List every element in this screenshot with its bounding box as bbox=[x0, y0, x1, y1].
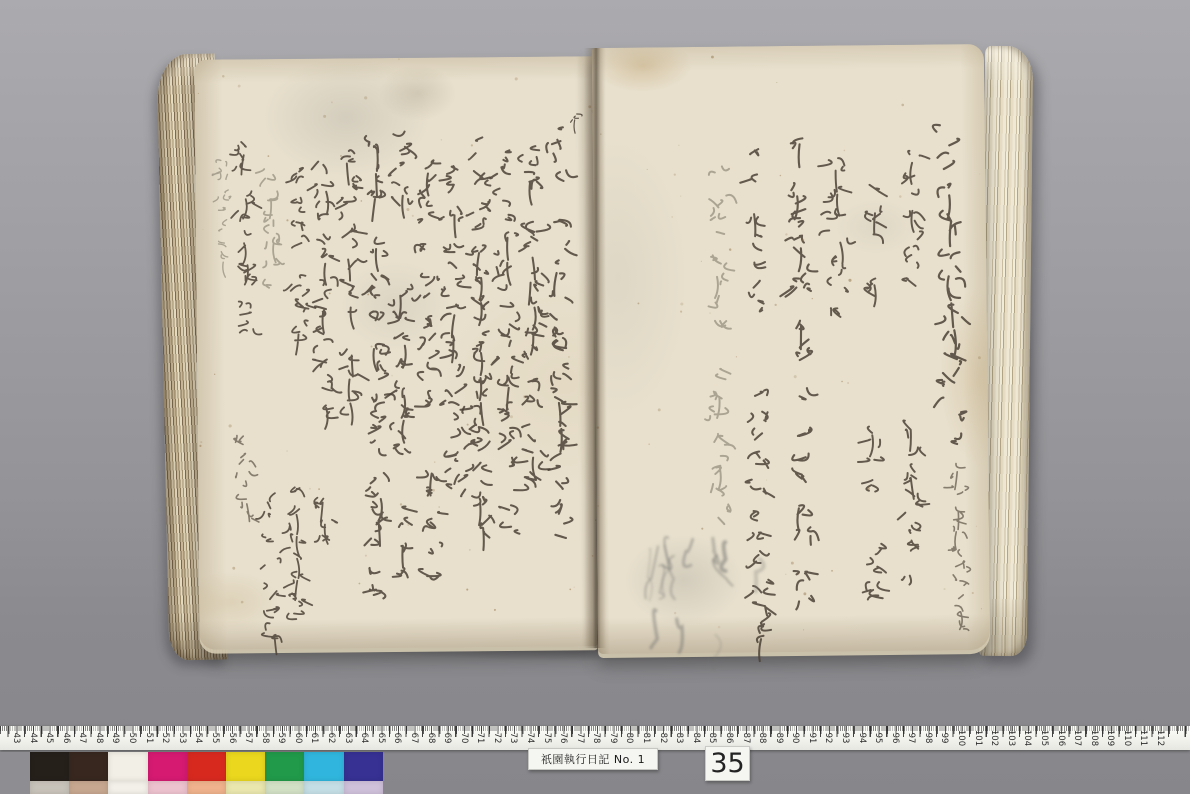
ruler-number: 56 bbox=[227, 729, 237, 747]
foxing-speck bbox=[637, 302, 639, 304]
manuscript-column bbox=[858, 426, 890, 599]
right-page-handwriting bbox=[592, 44, 990, 654]
manuscript-left-page bbox=[194, 56, 597, 649]
ruler-number: 92 bbox=[823, 729, 833, 747]
ruler-number: 98 bbox=[923, 729, 933, 747]
ruler-number: 105 bbox=[1039, 729, 1049, 747]
ruler-number: 44 bbox=[28, 729, 38, 747]
ruler-number: 59 bbox=[276, 729, 286, 747]
foxing-speck bbox=[494, 609, 496, 611]
ruler-number: 63 bbox=[343, 729, 353, 747]
ruler-number: 85 bbox=[707, 729, 717, 747]
foxing-speck bbox=[899, 195, 902, 198]
foxing-speck bbox=[367, 293, 369, 295]
ruler-number: 94 bbox=[857, 729, 867, 747]
ruler-number: 49 bbox=[110, 729, 120, 747]
manuscript-column bbox=[230, 142, 263, 335]
calibration-gray-patch bbox=[0, 752, 30, 794]
foxing-speck bbox=[831, 570, 833, 572]
manuscript-column bbox=[212, 160, 231, 278]
ruler-number: 80 bbox=[624, 729, 634, 747]
ruler-number: 96 bbox=[890, 729, 900, 747]
foxing-speck bbox=[709, 312, 711, 314]
calibration-ruler: 4344454647484950515253545556575859606162… bbox=[0, 726, 1190, 750]
ruler-number: 57 bbox=[243, 729, 253, 747]
ruler-number: 60 bbox=[293, 729, 303, 747]
manuscript-column bbox=[335, 150, 369, 425]
foxing-speck bbox=[729, 248, 732, 251]
foxing-speck bbox=[286, 450, 287, 451]
foxing-speck bbox=[574, 587, 575, 588]
foxing-speck bbox=[841, 381, 842, 382]
ruler-number: 108 bbox=[1089, 729, 1099, 747]
manuscript-column bbox=[458, 137, 494, 550]
foxing-speck bbox=[361, 200, 363, 202]
ruler-number: 112 bbox=[1155, 729, 1165, 747]
ruler-number: 70 bbox=[459, 729, 469, 747]
foxing-speck bbox=[785, 233, 788, 236]
color-patch bbox=[69, 781, 108, 794]
foxing-speck bbox=[510, 415, 513, 418]
ruler-number: 66 bbox=[392, 729, 402, 747]
ruler-number: 109 bbox=[1105, 729, 1115, 747]
manuscript-column bbox=[383, 132, 420, 578]
color-patch bbox=[187, 781, 226, 794]
foxing-speck bbox=[568, 356, 570, 358]
ruler-number: 68 bbox=[426, 729, 436, 747]
foxing-speck bbox=[412, 215, 414, 217]
ruler-number: 43 bbox=[11, 729, 21, 747]
foxing-speck bbox=[286, 219, 288, 221]
foxing-speck bbox=[680, 196, 681, 197]
foxing-speck bbox=[214, 374, 215, 375]
ruler-number: 86 bbox=[724, 729, 734, 747]
ruler-number: 102 bbox=[989, 729, 999, 747]
manuscript-column bbox=[359, 136, 396, 599]
color-patch bbox=[344, 752, 383, 781]
foxing-speck bbox=[678, 145, 679, 146]
color-patch bbox=[69, 752, 108, 781]
ruler-number: 88 bbox=[757, 729, 767, 747]
ruler-number: 52 bbox=[160, 729, 170, 747]
ruler-number: 84 bbox=[691, 729, 701, 747]
ruler-number: 45 bbox=[44, 729, 54, 747]
ruler-number: 107 bbox=[1072, 729, 1082, 747]
foxing-speck bbox=[391, 375, 393, 377]
page-number-label: 35 bbox=[710, 750, 744, 777]
foxing-speck bbox=[803, 592, 806, 595]
ruler-number: 87 bbox=[741, 729, 751, 747]
foxing-speck bbox=[791, 562, 794, 565]
ruler-number: 76 bbox=[558, 729, 568, 747]
foxing-speck bbox=[359, 583, 361, 585]
foxing-speck bbox=[785, 574, 786, 575]
ruler-number: 67 bbox=[409, 729, 419, 747]
foxing-speck bbox=[434, 462, 435, 463]
ruler-number: 48 bbox=[94, 729, 104, 747]
ruler-number: 81 bbox=[641, 729, 651, 747]
foxing-speck bbox=[438, 506, 439, 507]
foxing-speck bbox=[203, 229, 204, 230]
ruler-number: 82 bbox=[658, 729, 668, 747]
ruler-number: 79 bbox=[608, 729, 618, 747]
manuscript-column bbox=[511, 146, 551, 490]
foxing-speck bbox=[471, 144, 473, 146]
ruler-number: 103 bbox=[1006, 729, 1016, 747]
foxing-speck bbox=[901, 104, 904, 107]
foxing-speck bbox=[241, 601, 244, 604]
color-patch bbox=[148, 781, 187, 794]
foxing-speck bbox=[674, 173, 676, 175]
foxing-speck bbox=[432, 489, 435, 492]
foxing-speck bbox=[198, 93, 199, 94]
manuscript-column bbox=[944, 463, 971, 630]
foxing-speck bbox=[232, 567, 235, 570]
ruler-number: 64 bbox=[359, 729, 369, 747]
manuscript-column bbox=[779, 138, 821, 609]
foxing-speck bbox=[843, 150, 845, 152]
ruler-number: 104 bbox=[1022, 729, 1032, 747]
foxing-speck bbox=[774, 304, 776, 306]
foxing-speck bbox=[979, 173, 980, 174]
manuscript-column bbox=[490, 150, 528, 534]
foxing-speck bbox=[340, 155, 342, 157]
foxing-speck bbox=[848, 279, 851, 282]
manuscript-column bbox=[314, 498, 337, 544]
foxing-speck bbox=[318, 488, 320, 490]
foxing-speck bbox=[371, 345, 373, 347]
foxing-speck bbox=[711, 56, 714, 59]
foxing-speck bbox=[972, 592, 974, 594]
foxing-speck bbox=[364, 96, 367, 99]
ruler-number: 77 bbox=[575, 729, 585, 747]
manuscript-column bbox=[702, 166, 739, 524]
foxing-speck bbox=[365, 555, 367, 557]
foxing-speck bbox=[647, 169, 648, 170]
color-patch bbox=[108, 781, 147, 794]
color-patch bbox=[304, 781, 343, 794]
left-page-handwriting bbox=[194, 56, 597, 649]
foxing-speck bbox=[398, 58, 400, 60]
foxing-speck bbox=[674, 612, 676, 614]
color-patch bbox=[226, 752, 265, 781]
ruler-number: 74 bbox=[525, 729, 535, 747]
ruler-number: 89 bbox=[774, 729, 784, 747]
foxing-speck bbox=[331, 101, 333, 103]
manuscript-column bbox=[931, 125, 971, 445]
foxing-speck bbox=[776, 82, 777, 83]
manuscript-column bbox=[307, 161, 341, 429]
foxing-speck bbox=[229, 424, 232, 427]
archival-photo-backdrop: { "scene": { "background_color": "#97979… bbox=[0, 0, 1190, 794]
ruler-number: 65 bbox=[376, 729, 386, 747]
ink-smudge bbox=[645, 536, 765, 671]
color-patch bbox=[30, 781, 69, 794]
manuscript-right-page bbox=[592, 44, 990, 654]
color-patch bbox=[344, 781, 383, 794]
manuscript-column bbox=[283, 168, 316, 355]
foxing-speck bbox=[680, 303, 683, 306]
ruler-number: 50 bbox=[127, 729, 137, 747]
foxing-speck bbox=[200, 441, 202, 443]
foxing-speck bbox=[329, 292, 331, 294]
manuscript-column bbox=[411, 160, 448, 579]
color-patch bbox=[226, 781, 265, 794]
color-patch bbox=[265, 752, 304, 781]
foxing-speck bbox=[469, 549, 471, 551]
manuscript-column bbox=[863, 185, 888, 307]
ruler-number: 71 bbox=[475, 729, 485, 747]
ruler-number: 111 bbox=[1138, 729, 1148, 747]
title-card: 祇園執行日記 No. 1 bbox=[528, 748, 658, 770]
foxing-speck bbox=[467, 424, 469, 426]
manuscript-column bbox=[256, 493, 286, 654]
color-patch bbox=[30, 752, 69, 781]
foxing-speck bbox=[466, 589, 468, 591]
foxing-speck bbox=[794, 375, 797, 378]
foxing-speck bbox=[478, 299, 480, 301]
foxing-speck bbox=[701, 261, 702, 262]
ruler-number: 69 bbox=[442, 729, 452, 747]
foxing-speck bbox=[267, 155, 269, 157]
ruler-number: 54 bbox=[193, 729, 203, 747]
foxing-speck bbox=[199, 445, 201, 447]
foxing-speck bbox=[736, 356, 737, 357]
foxing-speck bbox=[523, 395, 526, 398]
ruler-number: 78 bbox=[591, 729, 601, 747]
foxing-speck bbox=[847, 382, 849, 384]
foxing-speck bbox=[803, 629, 804, 630]
foxing-speck bbox=[648, 443, 650, 445]
manuscript-column bbox=[256, 169, 284, 288]
foxing-speck bbox=[976, 526, 977, 527]
foxing-speck bbox=[407, 524, 409, 526]
color-patch bbox=[148, 752, 187, 781]
ruler-number: 46 bbox=[61, 729, 71, 747]
foxing-speck bbox=[222, 75, 225, 78]
foxing-speck bbox=[978, 356, 981, 359]
foxing-speck bbox=[981, 608, 982, 609]
foxing-speck bbox=[309, 488, 311, 490]
foxing-speck bbox=[400, 503, 402, 505]
foxing-speck bbox=[441, 139, 442, 140]
ruler-number: 101 bbox=[973, 729, 983, 747]
foxing-speck bbox=[766, 479, 767, 480]
ruler-number: 97 bbox=[906, 729, 916, 747]
foxing-speck bbox=[701, 528, 703, 530]
foxing-speck bbox=[406, 208, 409, 211]
color-patch bbox=[265, 781, 304, 794]
ruler-number: 106 bbox=[1056, 729, 1066, 747]
ruler-number: 53 bbox=[177, 729, 187, 747]
ruler-number: 100 bbox=[956, 729, 966, 747]
color-patch bbox=[108, 752, 147, 781]
foxing-speck bbox=[394, 310, 396, 312]
foxing-speck bbox=[515, 77, 518, 80]
ruler-number: 93 bbox=[840, 729, 850, 747]
ruler-number: 75 bbox=[542, 729, 552, 747]
foxing-speck bbox=[718, 626, 721, 629]
color-patch bbox=[304, 752, 343, 781]
ruler-number: 58 bbox=[260, 729, 270, 747]
ruler-number: 55 bbox=[210, 729, 220, 747]
color-patch bbox=[187, 752, 226, 781]
manuscript-column bbox=[897, 420, 930, 585]
foxing-speck bbox=[238, 85, 241, 88]
manuscript-column bbox=[818, 158, 856, 317]
foxing-speck bbox=[323, 115, 326, 118]
ruler-number: 47 bbox=[77, 729, 87, 747]
ruler-number: 72 bbox=[492, 729, 502, 747]
manuscript-column bbox=[901, 151, 931, 286]
manuscript-column bbox=[571, 114, 583, 133]
page-number-card: 35 bbox=[705, 746, 750, 781]
ruler-number: 61 bbox=[309, 729, 319, 747]
ruler-number: 99 bbox=[939, 729, 949, 747]
manuscript-column bbox=[234, 435, 259, 522]
foxing-speck bbox=[812, 298, 813, 299]
book-gutter-crease bbox=[584, 48, 606, 648]
foxing-speck bbox=[943, 588, 945, 590]
ruler-number: 91 bbox=[807, 729, 817, 747]
ruler-number: 95 bbox=[873, 729, 883, 747]
manuscript-column bbox=[280, 487, 313, 619]
ruler-number: 73 bbox=[508, 729, 518, 747]
foxing-speck bbox=[569, 589, 571, 591]
ruler-number: 90 bbox=[790, 729, 800, 747]
ruler-number: 83 bbox=[674, 729, 684, 747]
foxing-speck bbox=[680, 311, 682, 313]
title-card-label: 祇園執行日記 No. 1 bbox=[541, 751, 645, 767]
ruler-number: 51 bbox=[144, 729, 154, 747]
foxing-speck bbox=[780, 175, 782, 177]
foxing-speck bbox=[658, 408, 661, 411]
ruler-number: 110 bbox=[1122, 729, 1132, 747]
ruler-number: 62 bbox=[326, 729, 336, 747]
foxing-speck bbox=[672, 217, 673, 218]
